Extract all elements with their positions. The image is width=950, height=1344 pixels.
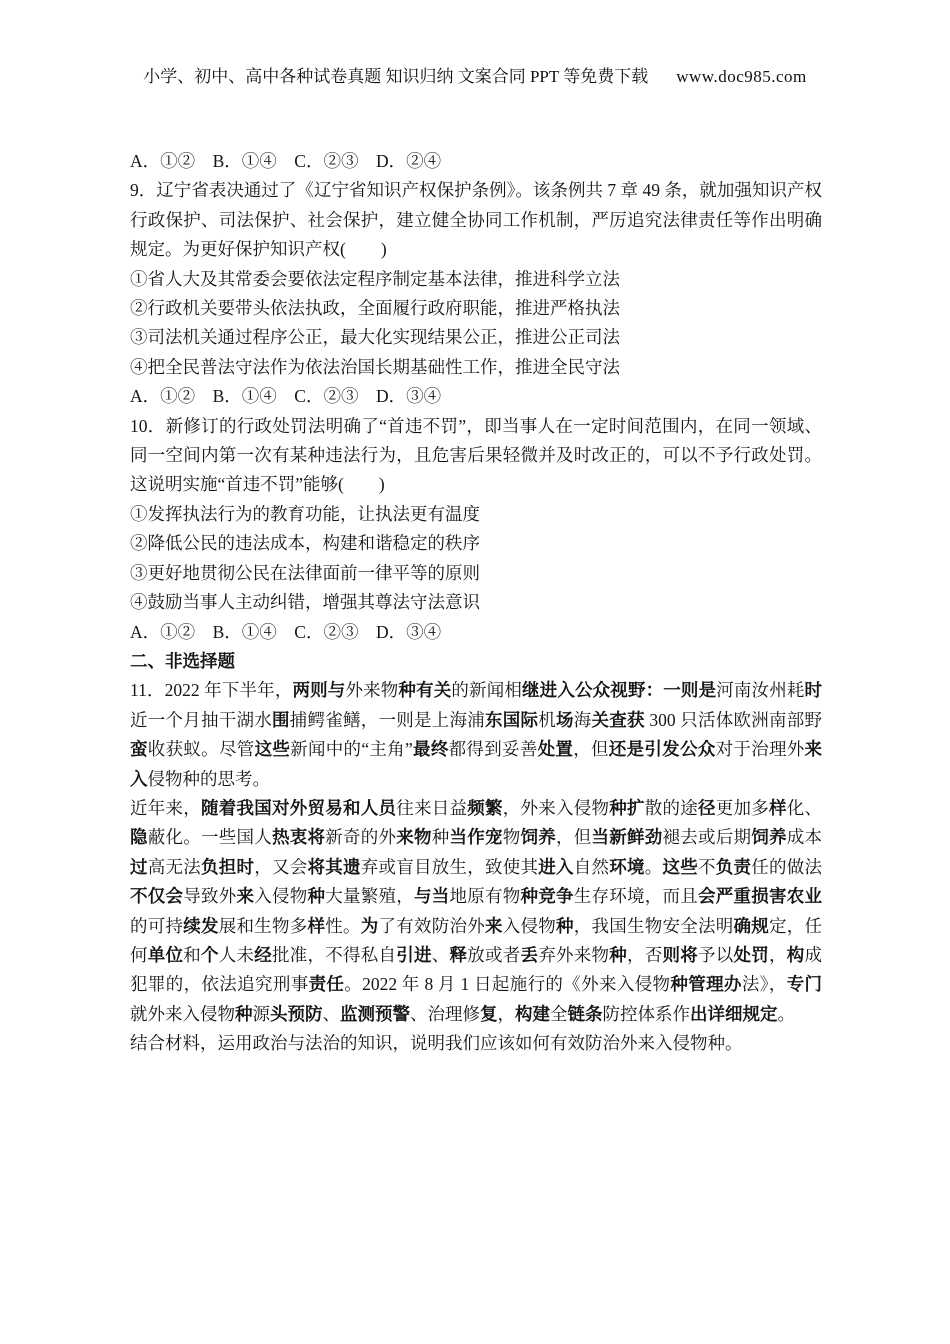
- text-run: 来物: [396, 827, 432, 847]
- text-run: 机: [538, 710, 556, 730]
- text-run: 隐: [130, 827, 148, 847]
- text-run: ，但: [573, 739, 609, 759]
- q10-statement-3: ③更好地贯彻公民在法律面前一律平等的原则: [130, 559, 822, 588]
- text-run: 续: [183, 916, 201, 936]
- text-run: 继进入公众视野：一则是: [522, 680, 716, 700]
- text-run: 场: [556, 710, 574, 730]
- q9-statement-2: ②行政机关要带头依法执政，全面履行政府职能，推进严格执法: [130, 294, 822, 323]
- text-run: 种: [235, 1004, 253, 1024]
- text-run: 的新闻相: [451, 680, 522, 700]
- q10-statement-2: ②降低公民的违法成本，构建和谐稳定的秩序: [130, 529, 822, 558]
- text-run: ，我国生物安全法明: [574, 916, 734, 936]
- text-run: 种: [609, 945, 627, 965]
- text-run: 防控体系作: [603, 1004, 691, 1024]
- text-run: 频繁: [467, 798, 503, 818]
- text-run: 最终: [413, 739, 449, 759]
- text-run: ，又会: [254, 857, 307, 877]
- text-run: 围: [272, 710, 290, 730]
- text-run: 饲养: [751, 827, 787, 847]
- text-run: ，否: [627, 945, 663, 965]
- text-run: 丢: [521, 945, 539, 965]
- text-run: 样: [769, 798, 787, 818]
- text-run: 自然: [574, 857, 610, 877]
- text-run: 来: [485, 916, 503, 936]
- text-run: 、: [432, 945, 450, 965]
- text-run: 。: [778, 1004, 796, 1024]
- header-site-info: 小学、初中、高中各种试卷真题 知识归纳 文案合同 PPT 等免费下载: [143, 67, 648, 86]
- document-content: A．①② B．①④ C．②③ D．②④ 9．辽宁省表决通过了《辽宁省知识产权保护…: [130, 147, 822, 1059]
- text-run: 成本: [787, 827, 822, 847]
- text-run: 都得到妥善: [449, 739, 538, 759]
- text-run: 单位: [148, 945, 184, 965]
- text-run: 300 只活体欧洲南部野: [645, 710, 822, 730]
- text-run: 展和生物多: [219, 916, 308, 936]
- exam-paper-page: 小学、初中、高中各种试卷真题 知识归纳 文案合同 PPT 等免费下载www.do…: [0, 0, 950, 1344]
- text-run: 收获蚁。尽管: [148, 739, 255, 759]
- text-run: 经: [254, 945, 272, 965]
- text-run: 种: [556, 916, 574, 936]
- q9-statement-3: ③司法机关通过程序公正，最大化实现结果公正，推进公正司法: [130, 323, 822, 352]
- q10-answer-choices: A．①② B．①④ C．②③ D．③④: [130, 618, 822, 647]
- text-run: 种扩: [609, 798, 645, 818]
- text-run: 化、: [787, 798, 822, 818]
- text-run: 为: [361, 916, 379, 936]
- text-run: 批准，不得私自: [272, 945, 396, 965]
- section-title-non-multiple-choice: 二、非选择题: [130, 647, 822, 676]
- text-run: 个: [201, 945, 219, 965]
- q10-stem: 10．新修订的行政处罚法明确了“首违不罚”，即当事人在一定时间范围内，在同一领域…: [130, 412, 822, 500]
- q8-answer-choices: A．①② B．①④ C．②③ D．②④: [130, 147, 822, 176]
- text-run: 过: [130, 857, 148, 877]
- q10-statement-1: ①发挥执法行为的教育功能，让执法更有温度: [130, 500, 822, 529]
- text-run: 复: [480, 1004, 498, 1024]
- text-run: 11．2022 年下半年，: [130, 680, 292, 700]
- text-run: 放或者: [467, 945, 520, 965]
- q9-stem: 9．辽宁省表决通过了《辽宁省知识产权保护条例》。该条例共 7 章 49 条，就加…: [130, 176, 822, 264]
- text-run: 近年来，: [130, 798, 201, 818]
- text-run: 种竞争: [521, 886, 574, 906]
- text-run: 导致外: [183, 886, 236, 906]
- text-run: 弃外来物: [538, 945, 609, 965]
- text-run: 负责: [716, 857, 752, 877]
- text-run: 往来日益: [396, 798, 467, 818]
- text-run: 源: [253, 1004, 271, 1024]
- q9-answer-choices: A．①② B．①④ C．②③ D．③④: [130, 382, 822, 411]
- text-run: 新奇的外: [325, 827, 396, 847]
- text-run: ，外来入侵物: [503, 798, 610, 818]
- q11-material-paragraph-2: 近年来，随着我国对外贸易和人员往来日益频繁，外来入侵物种扩散的途径更加多样化、隐…: [130, 794, 822, 1029]
- text-run: 海: [574, 710, 592, 730]
- text-run: 种: [432, 827, 450, 847]
- text-run: 更加多: [716, 798, 769, 818]
- text-run: 捕鳄雀鳝，一则是上海浦: [290, 710, 485, 730]
- text-run: 环境: [609, 857, 645, 877]
- text-run: 处罚: [734, 945, 770, 965]
- text-run: 河南汝州耗: [716, 680, 804, 700]
- text-run: 头预防: [270, 1004, 323, 1024]
- text-run: 物: [503, 827, 521, 847]
- text-run: 对于治理外: [716, 739, 805, 759]
- text-run: 引进: [396, 945, 432, 965]
- text-run: 新闻中的“主角”: [290, 739, 413, 759]
- text-run: 褪去或后期: [663, 827, 752, 847]
- q10-statement-4: ④鼓励当事人主动纠错，增强其尊法守法意识: [130, 588, 822, 617]
- text-run: 。2022 年 8 月 1 日起施行的《外来入侵物: [344, 974, 670, 994]
- text-run: 出详细规定: [690, 1004, 778, 1024]
- text-run: 种有关: [398, 680, 451, 700]
- text-run: 构建: [515, 1004, 550, 1024]
- header-url: www.doc985.com: [676, 67, 807, 86]
- text-run: 人未: [219, 945, 255, 965]
- text-run: 大量繁殖，: [325, 886, 414, 906]
- text-run: 负担时: [201, 857, 254, 877]
- text-run: 径: [698, 798, 716, 818]
- text-run: 种管理办: [670, 974, 741, 994]
- text-run: 、: [323, 1004, 341, 1024]
- text-run: 专门: [787, 974, 822, 994]
- q9-statement-1: ①省人大及其常委会要依法定程序制定基本法律，推进科学立法: [130, 265, 822, 294]
- text-run: 当新鲜劲: [592, 827, 663, 847]
- text-run: 构: [787, 945, 805, 965]
- text-run: 全: [550, 1004, 568, 1024]
- text-run: 地原有物: [450, 886, 521, 906]
- text-run: 不: [698, 857, 716, 877]
- text-run: 。: [645, 857, 663, 877]
- text-run: 两则与: [292, 680, 345, 700]
- text-run: 的可持: [130, 916, 183, 936]
- text-run: 任的做法: [751, 857, 822, 877]
- text-run: ，但: [556, 827, 592, 847]
- text-run: ，: [769, 945, 787, 965]
- text-run: 释: [450, 945, 468, 965]
- text-run: 当作宠: [450, 827, 503, 847]
- text-run: 这些: [663, 857, 699, 877]
- text-run: 了有效防治外: [379, 916, 486, 936]
- text-run: 入侵物: [254, 886, 307, 906]
- text-run: 和: [183, 945, 201, 965]
- text-run: 蔽化。一些国人: [148, 827, 272, 847]
- text-run: 进入: [538, 857, 574, 877]
- q9-statement-4: ④把全民普法守法作为依法治国长期基础性工作，推进全民守法: [130, 353, 822, 382]
- text-run: 蛮: [130, 739, 148, 759]
- q11-material-paragraph-1: 11．2022 年下半年，两则与外来物种有关的新闻相继进入公众视野：一则是河南汝…: [130, 676, 822, 794]
- text-run: 关查获: [592, 710, 645, 730]
- text-run: 则将: [663, 945, 699, 965]
- text-run: 将其遗: [308, 857, 361, 877]
- text-run: 入侵物: [503, 916, 556, 936]
- text-run: 来: [237, 886, 255, 906]
- text-run: 高无法: [148, 857, 201, 877]
- text-run: 外来物: [345, 680, 398, 700]
- text-run: 监测预警: [340, 1004, 410, 1024]
- page-header: 小学、初中、高中各种试卷真题 知识归纳 文案合同 PPT 等免费下载www.do…: [0, 62, 950, 87]
- text-run: 时: [805, 680, 823, 700]
- text-run: 样: [308, 916, 326, 936]
- text-run: 散的途: [645, 798, 698, 818]
- text-run: 这些: [255, 739, 291, 759]
- text-run: 近一个月抽干湖水: [130, 710, 272, 730]
- text-run: 予以: [698, 945, 734, 965]
- text-run: 链条: [568, 1004, 603, 1024]
- text-run: 随着我国对外贸易和人员: [201, 798, 396, 818]
- text-run: 弃或盲目放生，致使其: [361, 857, 539, 877]
- text-run: 饲养: [521, 827, 557, 847]
- text-run: 法》，: [742, 974, 787, 994]
- text-run: 生存环境，而且: [574, 886, 698, 906]
- text-run: 种: [308, 886, 326, 906]
- text-run: 与当: [414, 886, 450, 906]
- text-run: ，: [498, 1004, 516, 1024]
- text-run: 还是引发公众: [609, 739, 716, 759]
- text-run: 发: [201, 916, 219, 936]
- text-run: 会严重损害农业: [698, 886, 822, 906]
- q11-task: 结合材料，运用政治与法治的知识，说明我们应该如何有效防治外来入侵物种。: [130, 1029, 822, 1058]
- text-run: 责任: [309, 974, 345, 994]
- text-run: 确规: [734, 916, 770, 936]
- text-run: 处置: [538, 739, 574, 759]
- text-run: 侵物种的思考。: [148, 769, 271, 789]
- text-run: 、治理修: [410, 1004, 480, 1024]
- text-run: 热衷将: [272, 827, 325, 847]
- text-run: 不仅会: [130, 886, 183, 906]
- text-run: 性。: [325, 916, 361, 936]
- text-run: 东国际: [485, 710, 538, 730]
- text-run: 就外来入侵物: [130, 1004, 235, 1024]
